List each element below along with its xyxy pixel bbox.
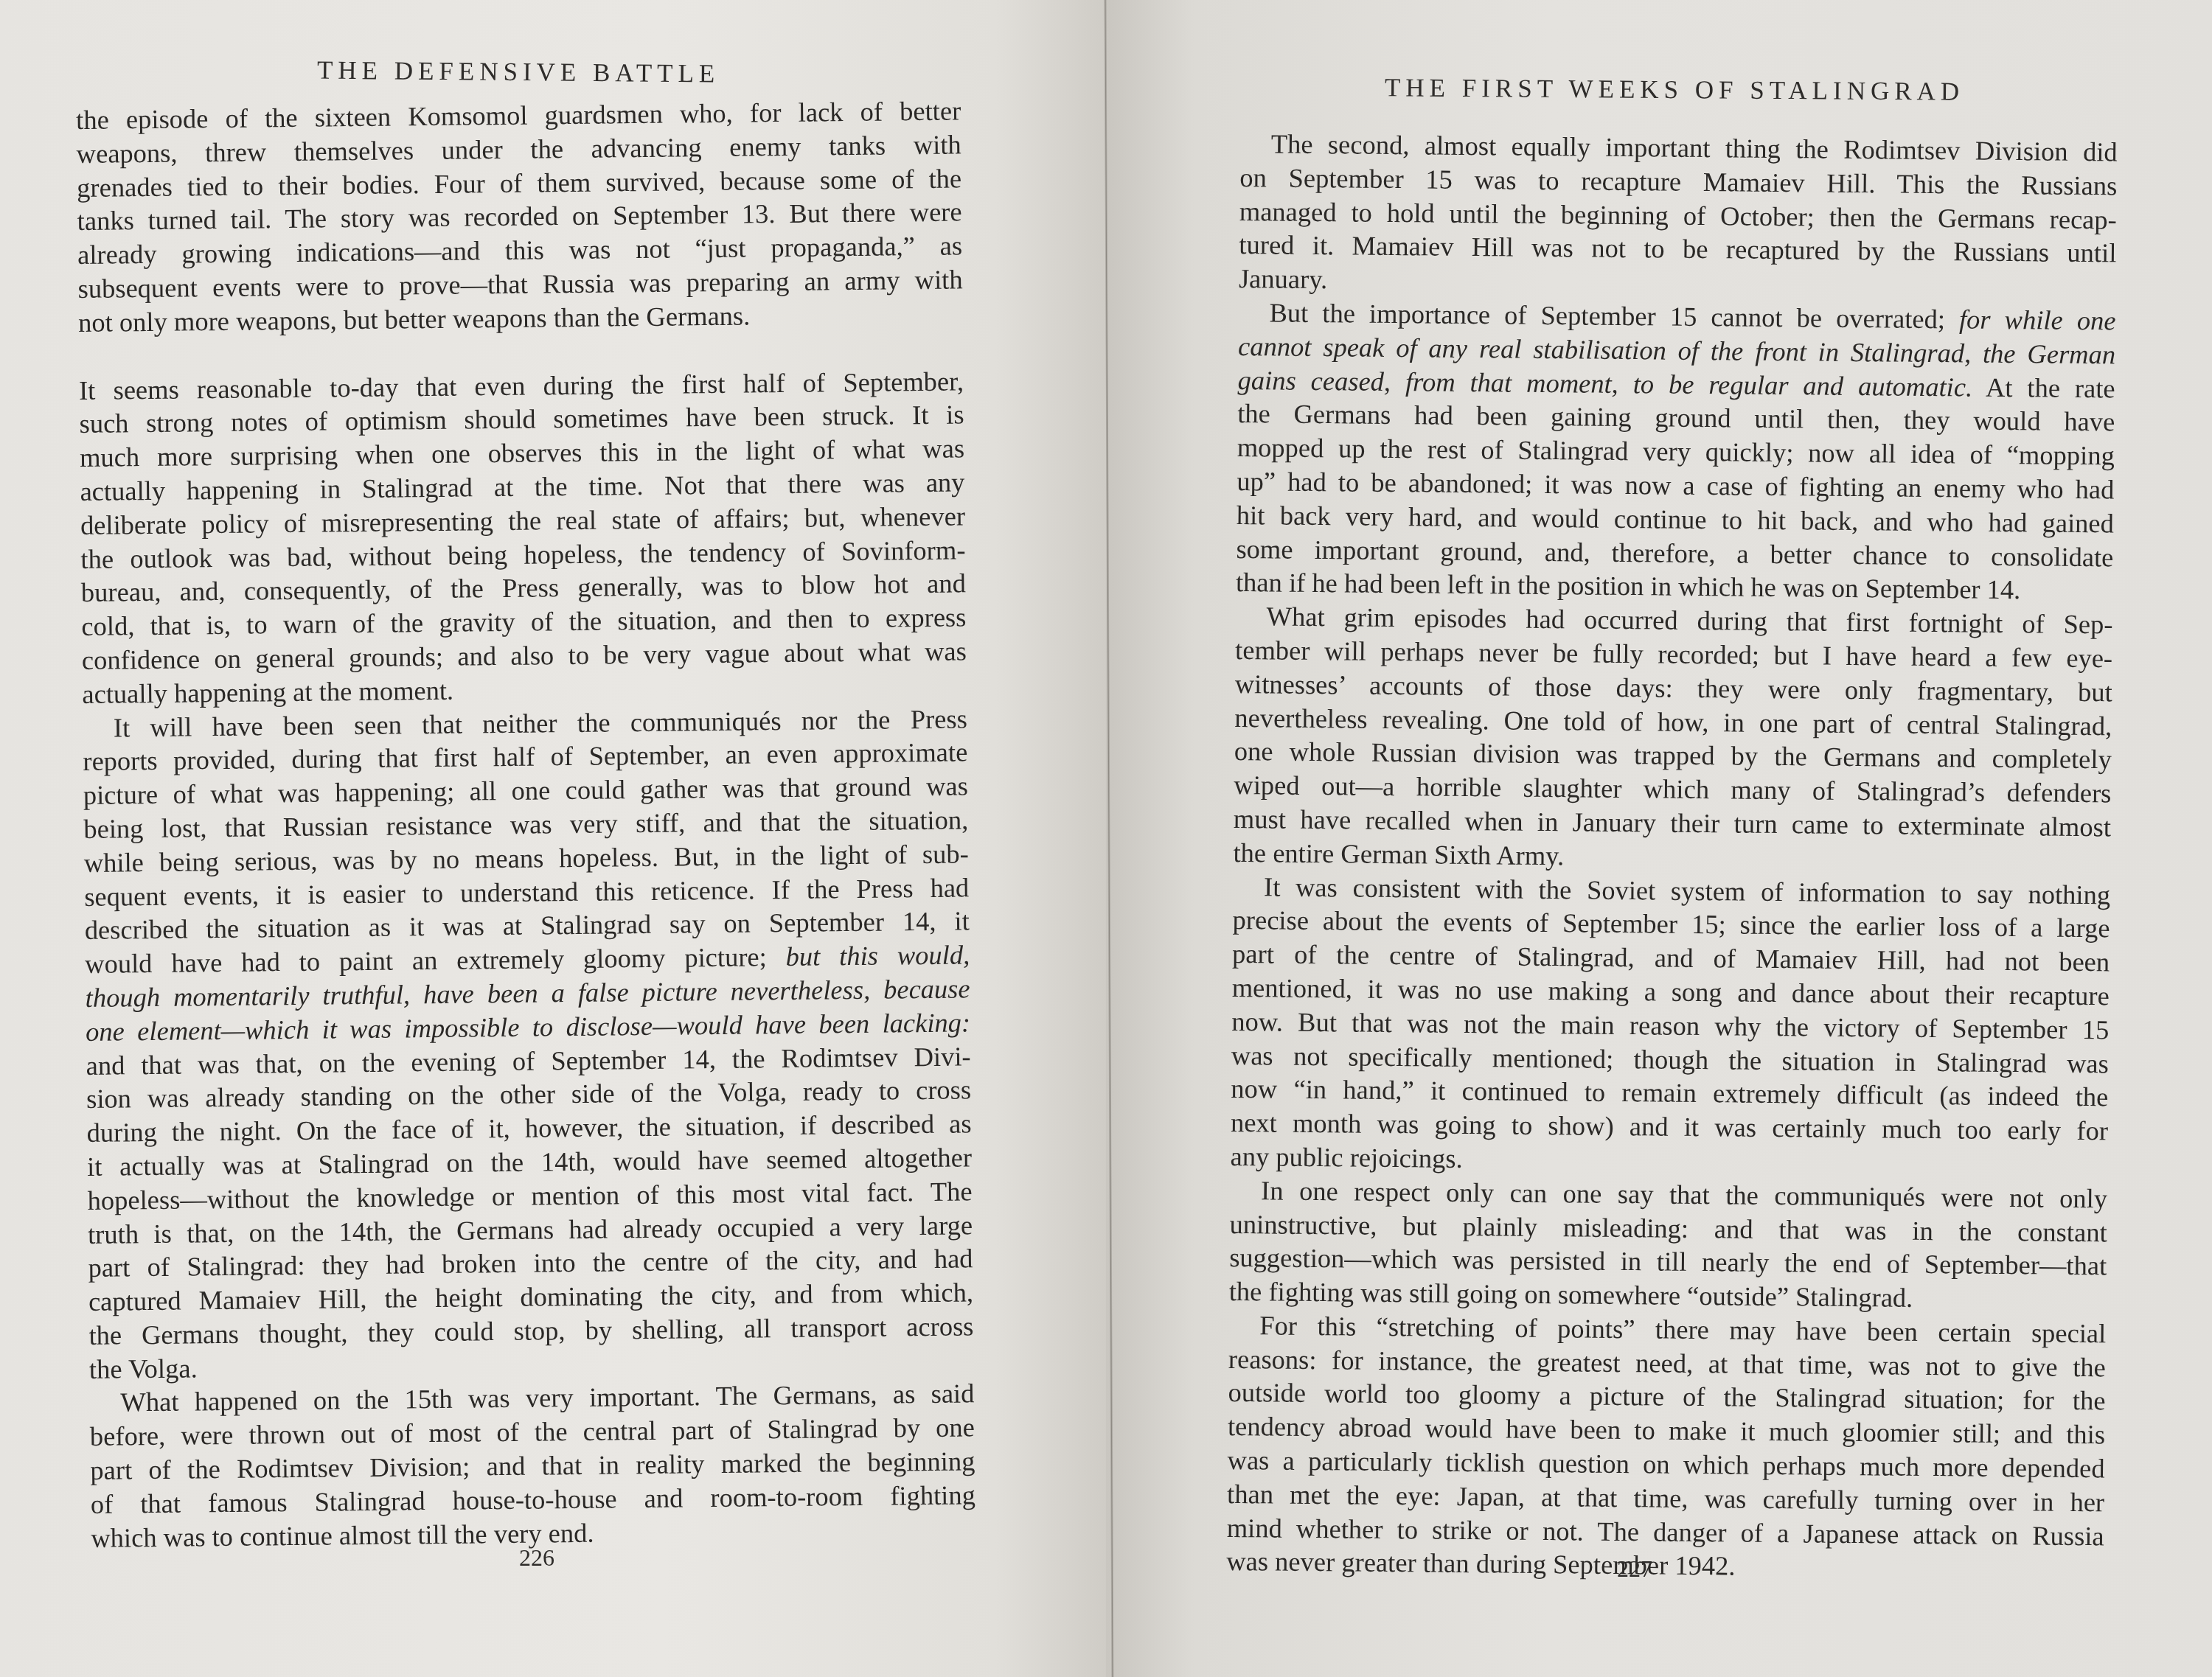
paragraph: It was consistent with the Soviet system… — [1230, 869, 2110, 1182]
running-head: THE DEFENSIVE BATTLE — [317, 56, 720, 89]
page-body: the episode of the sixteen Komsomol guar… — [76, 94, 976, 1555]
book-spread: THE DEFENSIVE BATTLE the episode of the … — [0, 0, 2212, 1677]
right-page: THE FIRST WEEKS OF STALINGRAD The second… — [1106, 0, 2212, 1677]
paragraph: It seems reasonable to-day that even dur… — [79, 364, 967, 711]
page-body: The second, almost equally important thi… — [1226, 127, 2118, 1587]
paragraph: What grim episodes had occurred during t… — [1233, 599, 2112, 878]
paragraph: In one respect only can one say that the… — [1229, 1174, 2108, 1317]
page-number: 227 — [1617, 1555, 1652, 1583]
running-head: THE FIRST WEEKS OF STALINGRAD — [1385, 73, 1964, 106]
paragraph: It will have been seen that neither the … — [83, 702, 975, 1386]
paragraph: the episode of the sixteen Komsomol guar… — [76, 94, 963, 339]
paragraph: The second, almost equally important thi… — [1239, 127, 2118, 304]
paragraph: But the importance of September 15 canno… — [1236, 296, 2116, 608]
page-number: 226 — [519, 1544, 554, 1572]
left-page: THE DEFENSIVE BATTLE the episode of the … — [0, 0, 1106, 1677]
paragraph: What happened on the 15th was very impor… — [89, 1377, 975, 1555]
paragraph: For this “stretching of points” there ma… — [1226, 1308, 2106, 1587]
